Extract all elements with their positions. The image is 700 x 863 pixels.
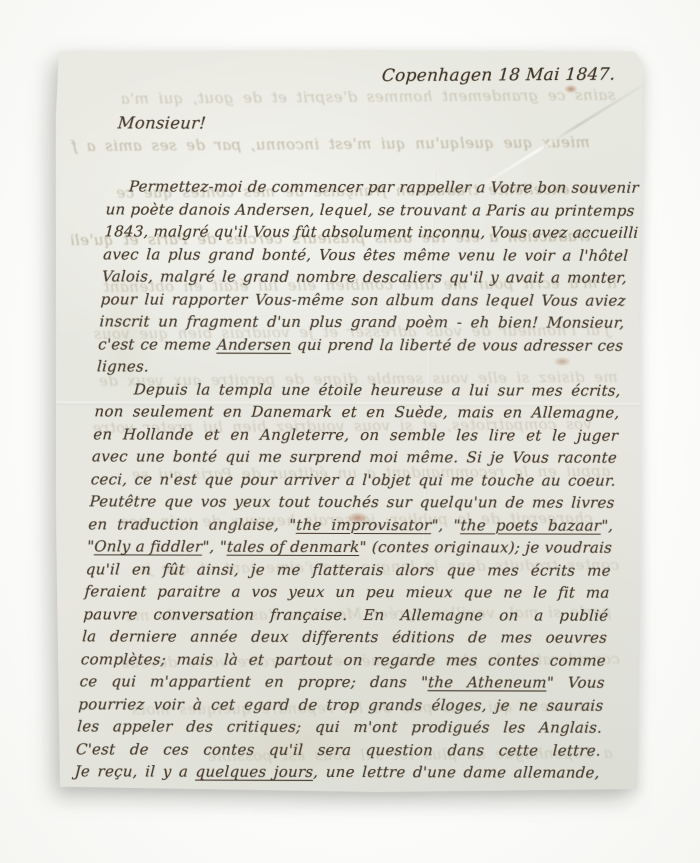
manuscript-text: en traduction anglaise, " [88, 515, 297, 534]
letter-body: Permettez-moi de commencer par rappeller… [74, 175, 632, 784]
manuscript-text: les appeler des critiques; qui m'ont pro… [77, 717, 603, 736]
manuscript-text: Depuis la templa une étoile heureuse a l… [133, 380, 621, 399]
underlined-title: tales of denmark [226, 538, 360, 556]
underlined-title: the Atheneum [428, 673, 548, 691]
manuscript-text: ", " [431, 516, 461, 534]
manuscript-line: inscrit un fragment d'un plus grand poèm… [99, 310, 625, 334]
manuscript-text: Permettez-moi de commencer par rappeller… [128, 177, 639, 196]
manuscript-line: non seulement en Danemark et en Suède, m… [94, 400, 620, 424]
manuscript-line: qu'il en fût ainsi, je me flatterais alo… [85, 558, 611, 582]
manuscript-text: Valois, malgré le grand nombre descalier… [102, 267, 628, 286]
manuscript-text: c'est ce meme [98, 335, 218, 353]
letter-dateline: Copenhagen 18 Mai 1847. [381, 65, 616, 86]
manuscript-line: avec une bonté qui me surprend moi même.… [91, 445, 617, 469]
manuscript-line: Permettez-moi de commencer par rappeller… [106, 175, 632, 199]
manuscript-line: Je reçu, il y a quelques jours, une lett… [74, 760, 600, 784]
manuscript-line: "Only a fiddler", "tales of denmark" (co… [87, 535, 613, 559]
manuscript-line: C'est de ces contes qu'il sera question … [75, 738, 601, 762]
manuscript-line: 1843, malgré qu'il Vous fût absolument i… [104, 220, 630, 244]
manuscript-text: pour lui rapporter Vous-même son album d… [100, 290, 626, 309]
manuscript-line: Depuis la templa une étoile heureuse a l… [95, 378, 621, 402]
manuscript-line: pauvre conversation française. En Allema… [83, 603, 609, 627]
manuscript-line: les appeler des critiques; qui m'ont pro… [77, 715, 603, 739]
manuscript-line: la derniere année deux differents éditio… [82, 625, 608, 649]
manuscript-text: lignes. [97, 357, 150, 375]
manuscript-line: ce qui m'appartient en propre; dans "the… [79, 670, 605, 694]
manuscript-text: feraient paraitre a vos yeux un peu mieu… [84, 582, 610, 601]
manuscript-line: en Hollande et en Angleterre, on semble … [93, 423, 619, 447]
manuscript-line: complètes; mais là et partout on regarde… [80, 648, 606, 672]
manuscript-line: en traduction anglaise, "the improvisato… [88, 513, 614, 537]
manuscript-line: pour lui rapporter Vous-même son album d… [100, 288, 626, 312]
manuscript-line: Peutêtre que vos yeux tout touchés sur q… [89, 490, 615, 514]
manuscript-text: " (contes originaux); je voudrais [359, 538, 613, 557]
manuscript-text: pourriez voir à cet egard de trop grands… [78, 695, 604, 714]
letter-photo: sains ce grandement hommes d'esprit et d… [0, 0, 700, 863]
manuscript-line: avec la plus grand bonté, Vous êtes même… [103, 243, 629, 267]
manuscript-text: ", " [202, 538, 228, 556]
letter-paper: sains ce grandement hommes d'esprit et d… [54, 49, 643, 793]
manuscript-text: ce qui m'appartient en propre; dans " [79, 672, 428, 691]
letter-salutation: Monsieur! [117, 113, 207, 132]
manuscript-text: non seulement en Danemark et en Suède, m… [94, 402, 620, 421]
photo-background: { "photo": { "background_color": "#fbfbf… [0, 0, 700, 863]
manuscript-text: pauvre conversation française. En Allema… [83, 605, 609, 624]
manuscript-line: c'est ce meme Andersen qui prend la libe… [98, 333, 624, 357]
manuscript-line: feraient paraitre a vos yeux un peu mieu… [84, 580, 610, 604]
letter-paper-wrap: sains ce grandement hommes d'esprit et d… [54, 49, 643, 793]
manuscript-text: inscrit un fragment d'un plus grand poèm… [99, 312, 625, 331]
manuscript-line: lignes. [96, 355, 622, 379]
manuscript-line: Valois, malgré le grand nombre descalier… [101, 265, 627, 289]
manuscript-text: qu'il en fût ainsi, je me flatterais alo… [85, 560, 611, 579]
manuscript-text: 1843, malgré qu'il Vous fût absolument i… [104, 222, 639, 241]
manuscript-line: pourriez voir à cet egard de trop grands… [78, 693, 604, 717]
manuscript-text: en Hollande et en Angleterre, on semble … [93, 425, 619, 444]
manuscript-text: ", [601, 516, 614, 534]
underlined-title: Only a fiddler [94, 537, 203, 555]
manuscript-text: avec la plus grand bonté, Vous êtes même… [103, 245, 629, 264]
manuscript-text: un poète danois Andersen, lequel, se tro… [105, 200, 635, 219]
underlined-title: the poets bazaar [460, 516, 602, 534]
manuscript-line: ceci, ce n'est que pour arriver a l'obje… [90, 468, 616, 492]
manuscript-text: qui prend la liberté de vous adresser ce… [291, 335, 624, 354]
underlined-title: Andersen [216, 335, 291, 353]
manuscript-text: la derniere année deux differents éditio… [82, 627, 608, 646]
manuscript-text: Je reçu, il y a [74, 762, 196, 780]
manuscript-text: " Vous [546, 674, 605, 692]
manuscript-text: complètes; mais là et partout on regarde… [80, 650, 606, 669]
manuscript-text: , une lettre d'une dame allemande, [313, 763, 600, 782]
manuscript-text: avec une bonté qui me surprend moi même.… [92, 447, 618, 466]
manuscript-line: un poète danois Andersen, lequel, se tro… [105, 198, 631, 222]
manuscript-text: ceci, ce n'est que pour arriver a l'obje… [90, 470, 616, 489]
manuscript-text: Peutêtre que vos yeux tout touchés sur q… [89, 492, 615, 511]
underlined-title: the improvisator [296, 515, 432, 533]
underlined-title: quelques jours [195, 763, 314, 781]
manuscript-text: C'est de ces contes qu'il sera question … [76, 740, 602, 759]
